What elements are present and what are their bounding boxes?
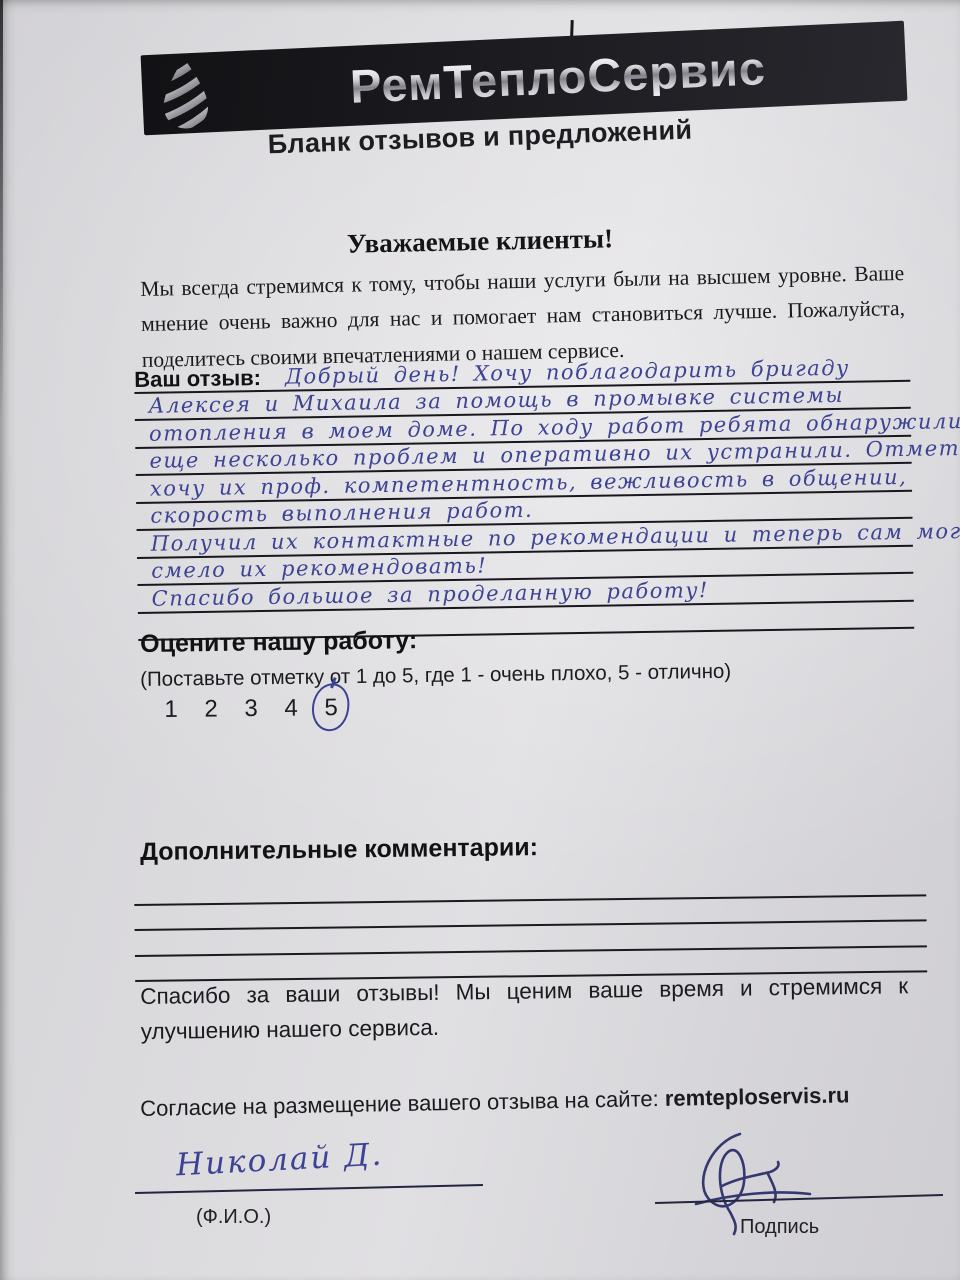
comments-lines	[134, 870, 927, 982]
paper-sheet: РемТеплоСервис Бланк отзывов и предложен…	[0, 0, 960, 1280]
fio-line	[135, 1184, 483, 1194]
water-drop-icon	[155, 55, 216, 132]
thanks-note: Спасибо за ваши отзывы! Мы ценим ваше вр…	[140, 969, 909, 1049]
comments-label: Дополнительные комментарии:	[140, 833, 538, 867]
handwritten-text: скорость выполнения работ.	[136, 500, 533, 529]
handwritten-text: смело их рекомендовать!	[137, 555, 487, 583]
signature-caption: Подпись	[740, 1216, 819, 1239]
rating-option: 4	[283, 695, 299, 724]
review-section: Ваш отзыв: Добрый день! Хочу поблагодари…	[134, 354, 914, 641]
rating-hint: (Поставьте отметку от 1 до 5, где 1 - оч…	[140, 660, 731, 692]
rating-scale: 1 2 3 4 5	[163, 694, 339, 725]
rating-option-selected: 5	[323, 694, 339, 723]
fio-caption: (Ф.И.О.)	[196, 1206, 271, 1229]
site-url: remteploservis.ru	[665, 1082, 850, 1111]
brand-name: РемТеплоСервис	[223, 38, 892, 115]
rating-label: Оцените нашу работу:	[140, 626, 417, 659]
consent-label: Согласие на размещение вашего отзыва на …	[140, 1086, 665, 1121]
rating-option: 2	[203, 695, 219, 724]
signature-name-handwritten: Николай Д.	[175, 1137, 384, 1184]
rating-option: 3	[243, 695, 259, 724]
rating-option: 1	[163, 696, 179, 725]
consent-note: Согласие на размещение вашего отзыва на …	[140, 1081, 920, 1122]
paper-edge-shadow	[0, 0, 3, 420]
review-label: Ваш отзыв:	[134, 366, 271, 391]
